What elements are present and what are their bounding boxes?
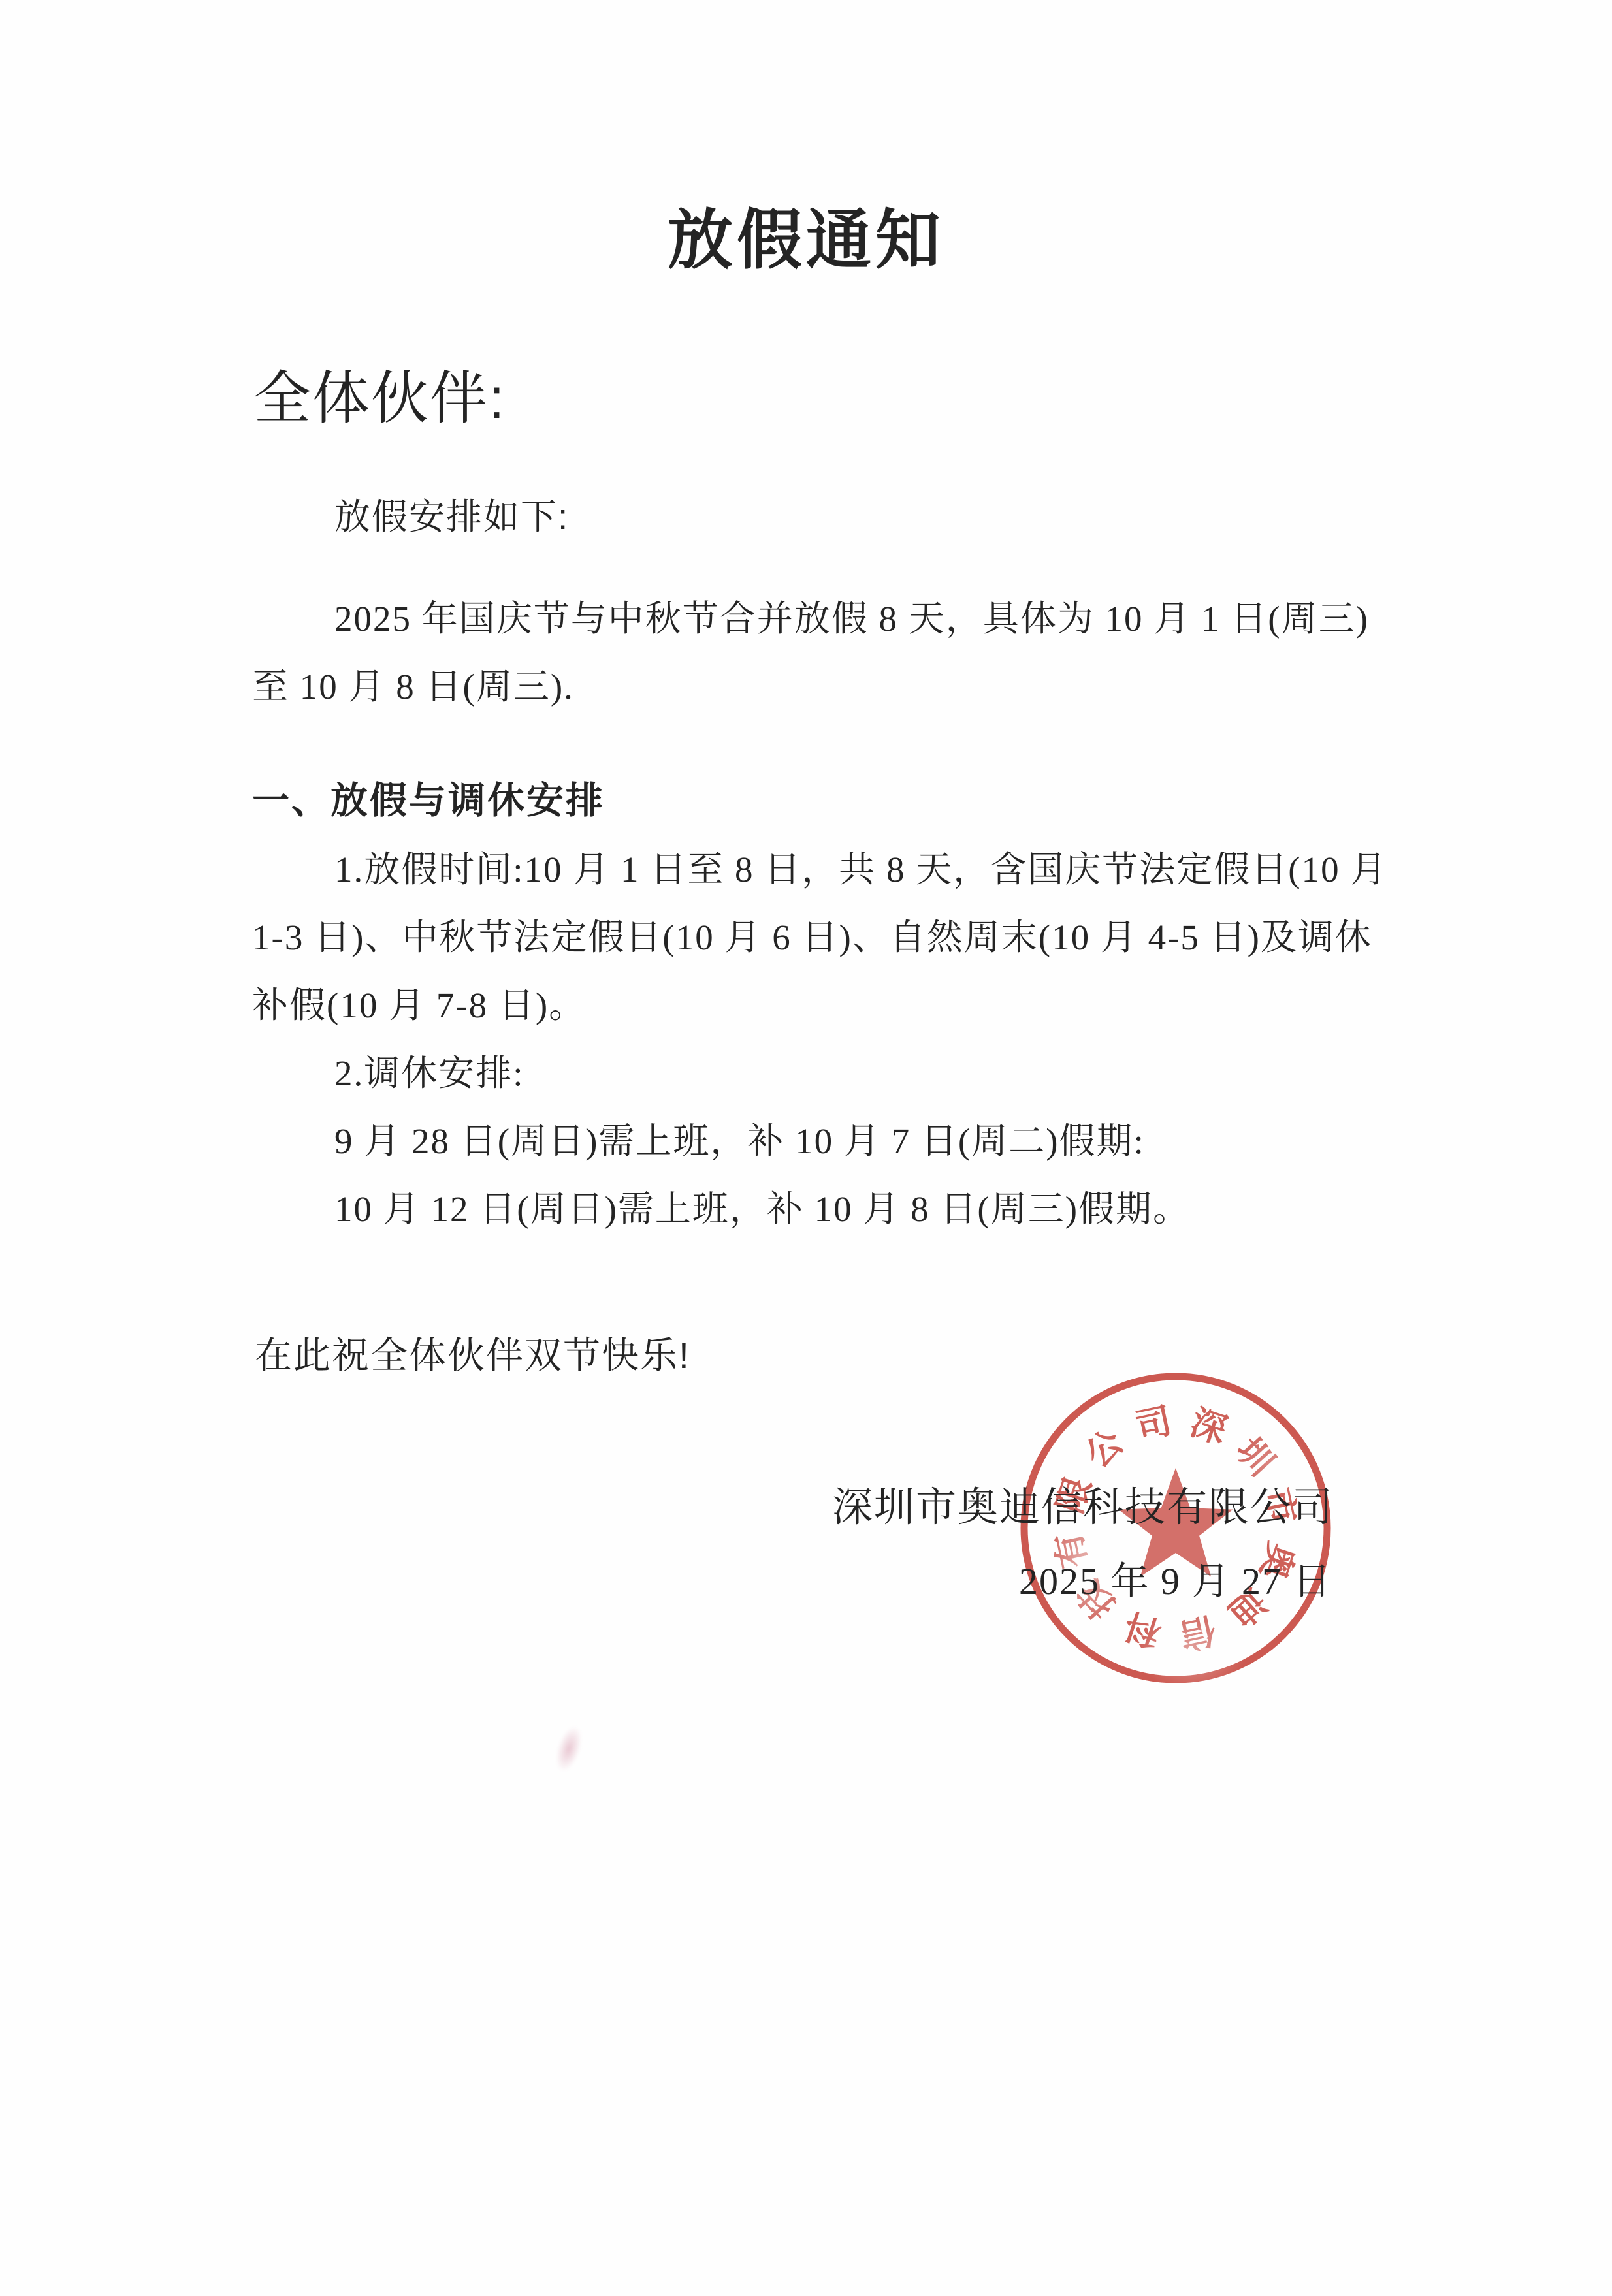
paragraph-line: 补假(10 月 7-8 日)。	[252, 976, 586, 1028]
seal-char: 信	[1176, 1609, 1219, 1655]
section-heading: 一、放假与调休安排	[252, 771, 605, 824]
closing-line: 在此祝全体伙伴双节快乐!	[255, 1326, 690, 1379]
seal-char: 科	[1120, 1605, 1166, 1653]
page-title: 放假通知	[0, 187, 1612, 281]
seal-char: 深	[1185, 1403, 1231, 1451]
document-page: 放假通知 全体伙伴: 放假安排如下: 2025 年国庆节与中秋节合并放假 8 天…	[0, 0, 1612, 2296]
paragraph-line: 2025 年国庆节与中秋节合并放假 8 天，具体为 10 月 1 日(周三)	[334, 590, 1369, 641]
paragraph-line: 10 月 12 日(周日)需上班，补 10 月 8 日(周三)假期。	[334, 1180, 1190, 1232]
paragraph-line: 至 10 月 8 日(周三).	[252, 658, 574, 709]
signature-date: 2025 年 9 月 27 日	[1019, 1550, 1332, 1605]
signature-company: 深圳市奥迪信科技有限公司	[832, 1475, 1334, 1533]
intro-line: 放假安排如下:	[334, 488, 569, 539]
salutation: 全体伙伴:	[253, 353, 506, 435]
paragraph-line: 1.放假时间:10 月 1 日至 8 日，共 8 天，含国庆节法定假日(10 月	[334, 840, 1387, 892]
paragraph-line: 1-3 日)、中秋节法定假日(10 月 6 日)、自然周末(10 月 4-5 日…	[252, 908, 1372, 960]
paragraph-line: 9 月 28 日(周日)需上班，补 10 月 7 日(周二)假期:	[334, 1112, 1145, 1164]
paragraph-line: 2.调休安排:	[334, 1044, 524, 1096]
scan-smudge-artifact	[545, 1714, 592, 1783]
seal-char: 司	[1132, 1401, 1174, 1447]
seal-char: 公	[1078, 1423, 1131, 1476]
